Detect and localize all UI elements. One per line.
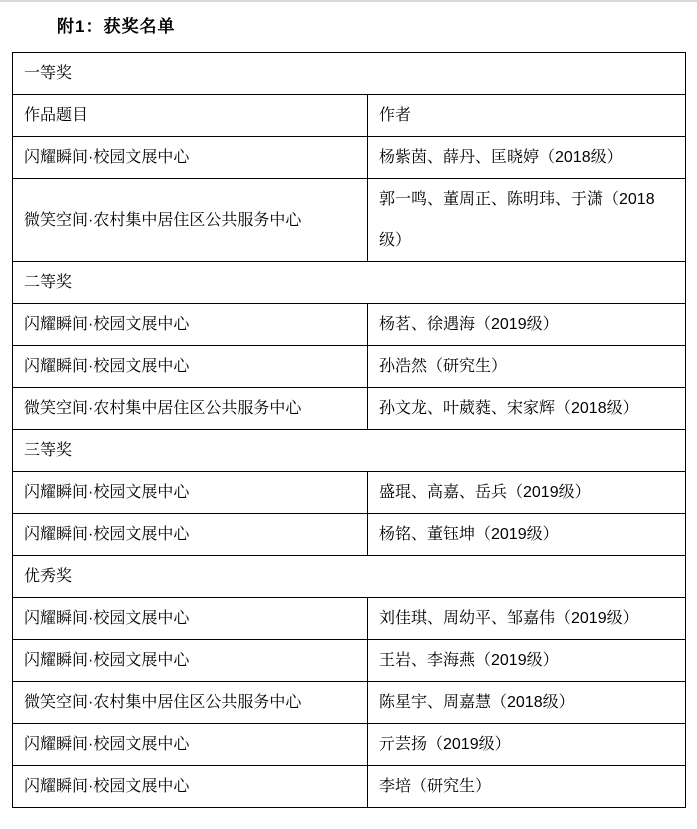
work-title-cell: 闪耀瞬间·校园文展中心 (13, 346, 368, 388)
author-cell: 亓芸扬（2019级） (368, 724, 686, 766)
table-row: 闪耀瞬间·校园文展中心孙浩然（研究生） (13, 346, 686, 388)
award-table-body: 一等奖作品题目作者闪耀瞬间·校园文展中心杨紫茵、薛丹、匡晓婷（2018级）微笑空… (13, 53, 686, 808)
table-row: 闪耀瞬间·校园文展中心王岩、李海燕（2019级） (13, 640, 686, 682)
work-title-cell: 微笑空间·农村集中居住区公共服务中心 (13, 682, 368, 724)
work-title-cell: 闪耀瞬间·校园文展中心 (13, 472, 368, 514)
section-label: 三等奖 (13, 430, 686, 472)
work-title-cell: 闪耀瞬间·校园文展中心 (13, 304, 368, 346)
author-cell: 杨茗、徐遇海（2019级） (368, 304, 686, 346)
work-title-cell: 微笑空间·农村集中居住区公共服务中心 (13, 388, 368, 430)
work-title-cell: 微笑空间·农村集中居住区公共服务中心 (13, 179, 368, 262)
column-header-author: 作者 (368, 95, 686, 137)
author-cell: 陈星宇、周嘉慧（2018级） (368, 682, 686, 724)
author-cell: 刘佳琪、周幼平、邹嘉伟（2019级） (368, 598, 686, 640)
author-cell: 孙浩然（研究生） (368, 346, 686, 388)
section-row: 二等奖 (13, 262, 686, 304)
author-cell: 孙文龙、叶葳蕤、宋家辉（2018级） (368, 388, 686, 430)
table-row: 闪耀瞬间·校园文展中心李培（研究生） (13, 766, 686, 808)
table-row: 闪耀瞬间·校园文展中心杨茗、徐遇海（2019级） (13, 304, 686, 346)
work-title-cell: 闪耀瞬间·校园文展中心 (13, 514, 368, 556)
table-row: 闪耀瞬间·校园文展中心盛琨、高嘉、岳兵（2019级） (13, 472, 686, 514)
table-row: 闪耀瞬间·校园文展中心亓芸扬（2019级） (13, 724, 686, 766)
author-cell: 王岩、李海燕（2019级） (368, 640, 686, 682)
section-row: 优秀奖 (13, 556, 686, 598)
table-row: 微笑空间·农村集中居住区公共服务中心孙文龙、叶葳蕤、宋家辉（2018级） (13, 388, 686, 430)
table-row: 闪耀瞬间·校园文展中心杨紫茵、薛丹、匡晓婷（2018级） (13, 137, 686, 179)
section-label: 优秀奖 (13, 556, 686, 598)
section-row: 三等奖 (13, 430, 686, 472)
page-title: 附1：获奖名单 (57, 12, 697, 37)
work-title-cell: 闪耀瞬间·校园文展中心 (13, 137, 368, 179)
table-row: 微笑空间·农村集中居住区公共服务中心陈星宇、周嘉慧（2018级） (13, 682, 686, 724)
section-label: 二等奖 (13, 262, 686, 304)
author-cell: 李培（研究生） (368, 766, 686, 808)
author-cell: 郭一鸣、董周正、陈明玮、于潇（2018级） (368, 179, 686, 262)
award-table: 一等奖作品题目作者闪耀瞬间·校园文展中心杨紫茵、薛丹、匡晓婷（2018级）微笑空… (12, 52, 686, 808)
section-row: 一等奖 (13, 53, 686, 95)
work-title-cell: 闪耀瞬间·校园文展中心 (13, 724, 368, 766)
section-label: 一等奖 (13, 53, 686, 95)
author-cell: 杨铭、董钰坤（2019级） (368, 514, 686, 556)
author-cell: 杨紫茵、薛丹、匡晓婷（2018级） (368, 137, 686, 179)
author-cell: 盛琨、高嘉、岳兵（2019级） (368, 472, 686, 514)
header-row: 作品题目作者 (13, 95, 686, 137)
work-title-cell: 闪耀瞬间·校园文展中心 (13, 766, 368, 808)
table-row: 闪耀瞬间·校园文展中心杨铭、董钰坤（2019级） (13, 514, 686, 556)
table-row: 微笑空间·农村集中居住区公共服务中心郭一鸣、董周正、陈明玮、于潇（2018级） (13, 179, 686, 262)
work-title-cell: 闪耀瞬间·校园文展中心 (13, 598, 368, 640)
work-title-cell: 闪耀瞬间·校园文展中心 (13, 640, 368, 682)
table-row: 闪耀瞬间·校园文展中心刘佳琪、周幼平、邹嘉伟（2019级） (13, 598, 686, 640)
column-header-work-title: 作品题目 (13, 95, 368, 137)
window-top-edge (0, 0, 697, 2)
